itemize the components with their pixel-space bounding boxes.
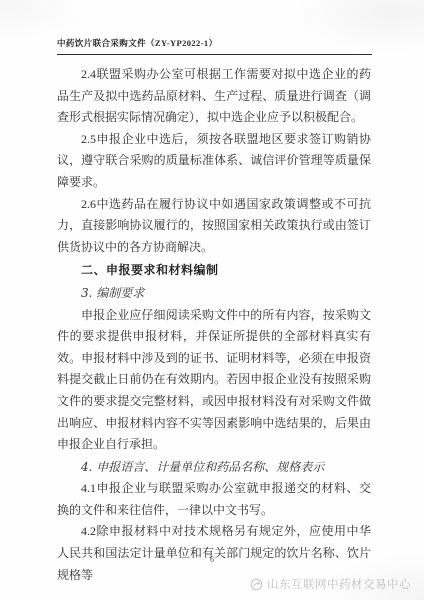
section-heading-2: 二、申报要求和材料编制: [57, 260, 371, 282]
sub-heading-4: 4. 申报语言、计量单位和药品名称、规格表示: [57, 457, 371, 479]
page-number: 6: [0, 555, 424, 564]
paragraph-2-4: 2.4联盟采购办公室可根据工作需要对拟中选企业的药品生产及拟中选药品原材料、生产…: [57, 64, 371, 129]
paragraph-3-1: 申报企业应仔细阅读采购文件中的所有内容，按采购文件的要求提供申报材料，并保证所提…: [57, 305, 371, 456]
page-header-title: 中药饮片联合采购文件（ZY-YP2022-1）: [57, 37, 372, 55]
paragraph-4-1: 4.1申报企业与联盟采购办公室就申报递交的材料、交换的文件和来往信件，一律以中文…: [57, 478, 371, 521]
document-body: 2.4联盟采购办公室可根据工作需要对拟中选企业的药品生产及拟中选药品原材料、生产…: [57, 64, 371, 586]
footer-watermark-label: 山东互联网中药材交易中心: [267, 576, 411, 592]
paragraph-2-6: 2.6中选药品在履行协议中如遇国家政策调整或不可抗力，直接影响协议履行的，按照国…: [57, 194, 371, 259]
sub-heading-3: 3. 编制要求: [57, 283, 371, 305]
document-page: 中药饮片联合采购文件（ZY-YP2022-1） 2.4联盟采购办公室可根据工作需…: [0, 0, 424, 600]
footer-watermark: 山东互联网中药材交易中心: [250, 576, 411, 592]
paragraph-2-5: 2.5申报企业中选后，须按各联盟地区要求签订购销协议，遵守联合采购的质量标准体系…: [57, 129, 371, 194]
trade-center-logo-icon: [250, 578, 263, 591]
